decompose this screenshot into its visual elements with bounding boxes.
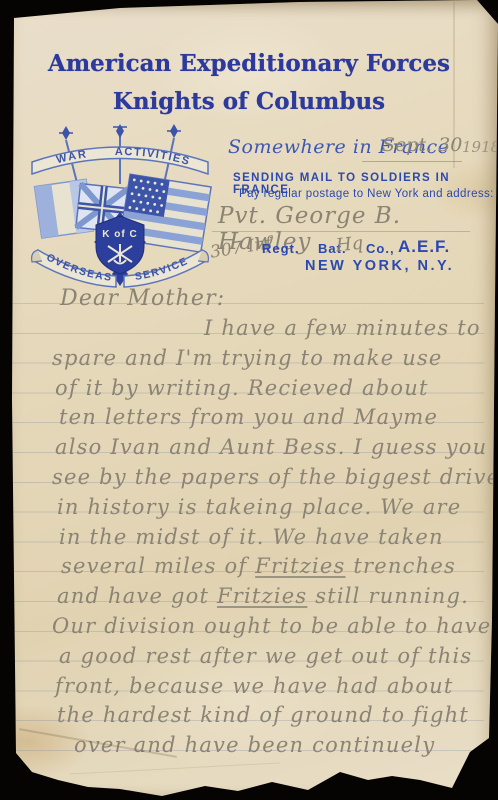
- co-label: Co.,: [366, 241, 395, 256]
- letter-paper: American Expeditionary Forces Knights of…: [0, 0, 498, 800]
- letter-line: of it by writing. Recieved about: [55, 374, 488, 404]
- org-title-line2: Knights of Columbus: [0, 88, 498, 115]
- date-rule-line: [362, 161, 462, 162]
- letter-line: see by the papers of the biggest drive: [52, 463, 488, 493]
- diagonal-crease-bottom: [70, 763, 280, 775]
- letter-line: front, because we have had about: [55, 672, 488, 702]
- pole-finials-icon: [59, 124, 181, 140]
- ribbon-text-activities: ACTIVITIES: [115, 146, 192, 168]
- regt-label: Regt.: [262, 241, 300, 256]
- letter-line: spare and I'm trying to make use: [52, 344, 488, 374]
- letter-line: the hardest kind of ground to fight: [57, 701, 488, 731]
- postage-note: Pay regular postage to New York and addr…: [239, 188, 494, 200]
- letter-line: over and have been continuely: [74, 731, 488, 761]
- city-line: NEW YORK, N.Y.: [305, 258, 454, 274]
- aef-label: A.E.F.: [398, 237, 450, 257]
- letter-line: also Ivan and Aunt Bess. I guess you: [55, 433, 488, 463]
- letter-line: several miles of Fritzies trenches: [61, 552, 488, 582]
- letter-body: I have a few minutes tospare and I'm try…: [52, 314, 488, 761]
- letter-line: a good rest after we get out of this: [59, 642, 488, 672]
- year-written: 1918: [462, 138, 498, 156]
- svg-text:ACTIVITIES: ACTIVITIES: [115, 146, 192, 168]
- shield-text: K of C: [102, 229, 137, 240]
- org-title-line1: American Expeditionary Forces: [0, 50, 498, 77]
- letter-line: I have a few minutes to: [204, 314, 488, 344]
- salutation: Dear Mother:: [60, 284, 225, 314]
- letter-line: Our division ought to be able to have: [52, 612, 488, 642]
- letter-line: ten letters from you and Mayme: [59, 403, 488, 433]
- bat-written: Hq: [335, 233, 364, 257]
- knights-of-columbus-emblem: WAR ACTIVITIES K of C: [24, 124, 216, 296]
- name-rule-line: [212, 231, 470, 232]
- letter-line: in history is takeing place. We are: [57, 493, 488, 523]
- scanned-letter-page: American Expeditionary Forces Knights of…: [0, 0, 498, 800]
- date-written: Sept. 30: [382, 134, 462, 156]
- letter-line: and have got Fritzies still running.: [57, 582, 488, 612]
- letter-line: in the midst of it. We have taken: [59, 523, 488, 553]
